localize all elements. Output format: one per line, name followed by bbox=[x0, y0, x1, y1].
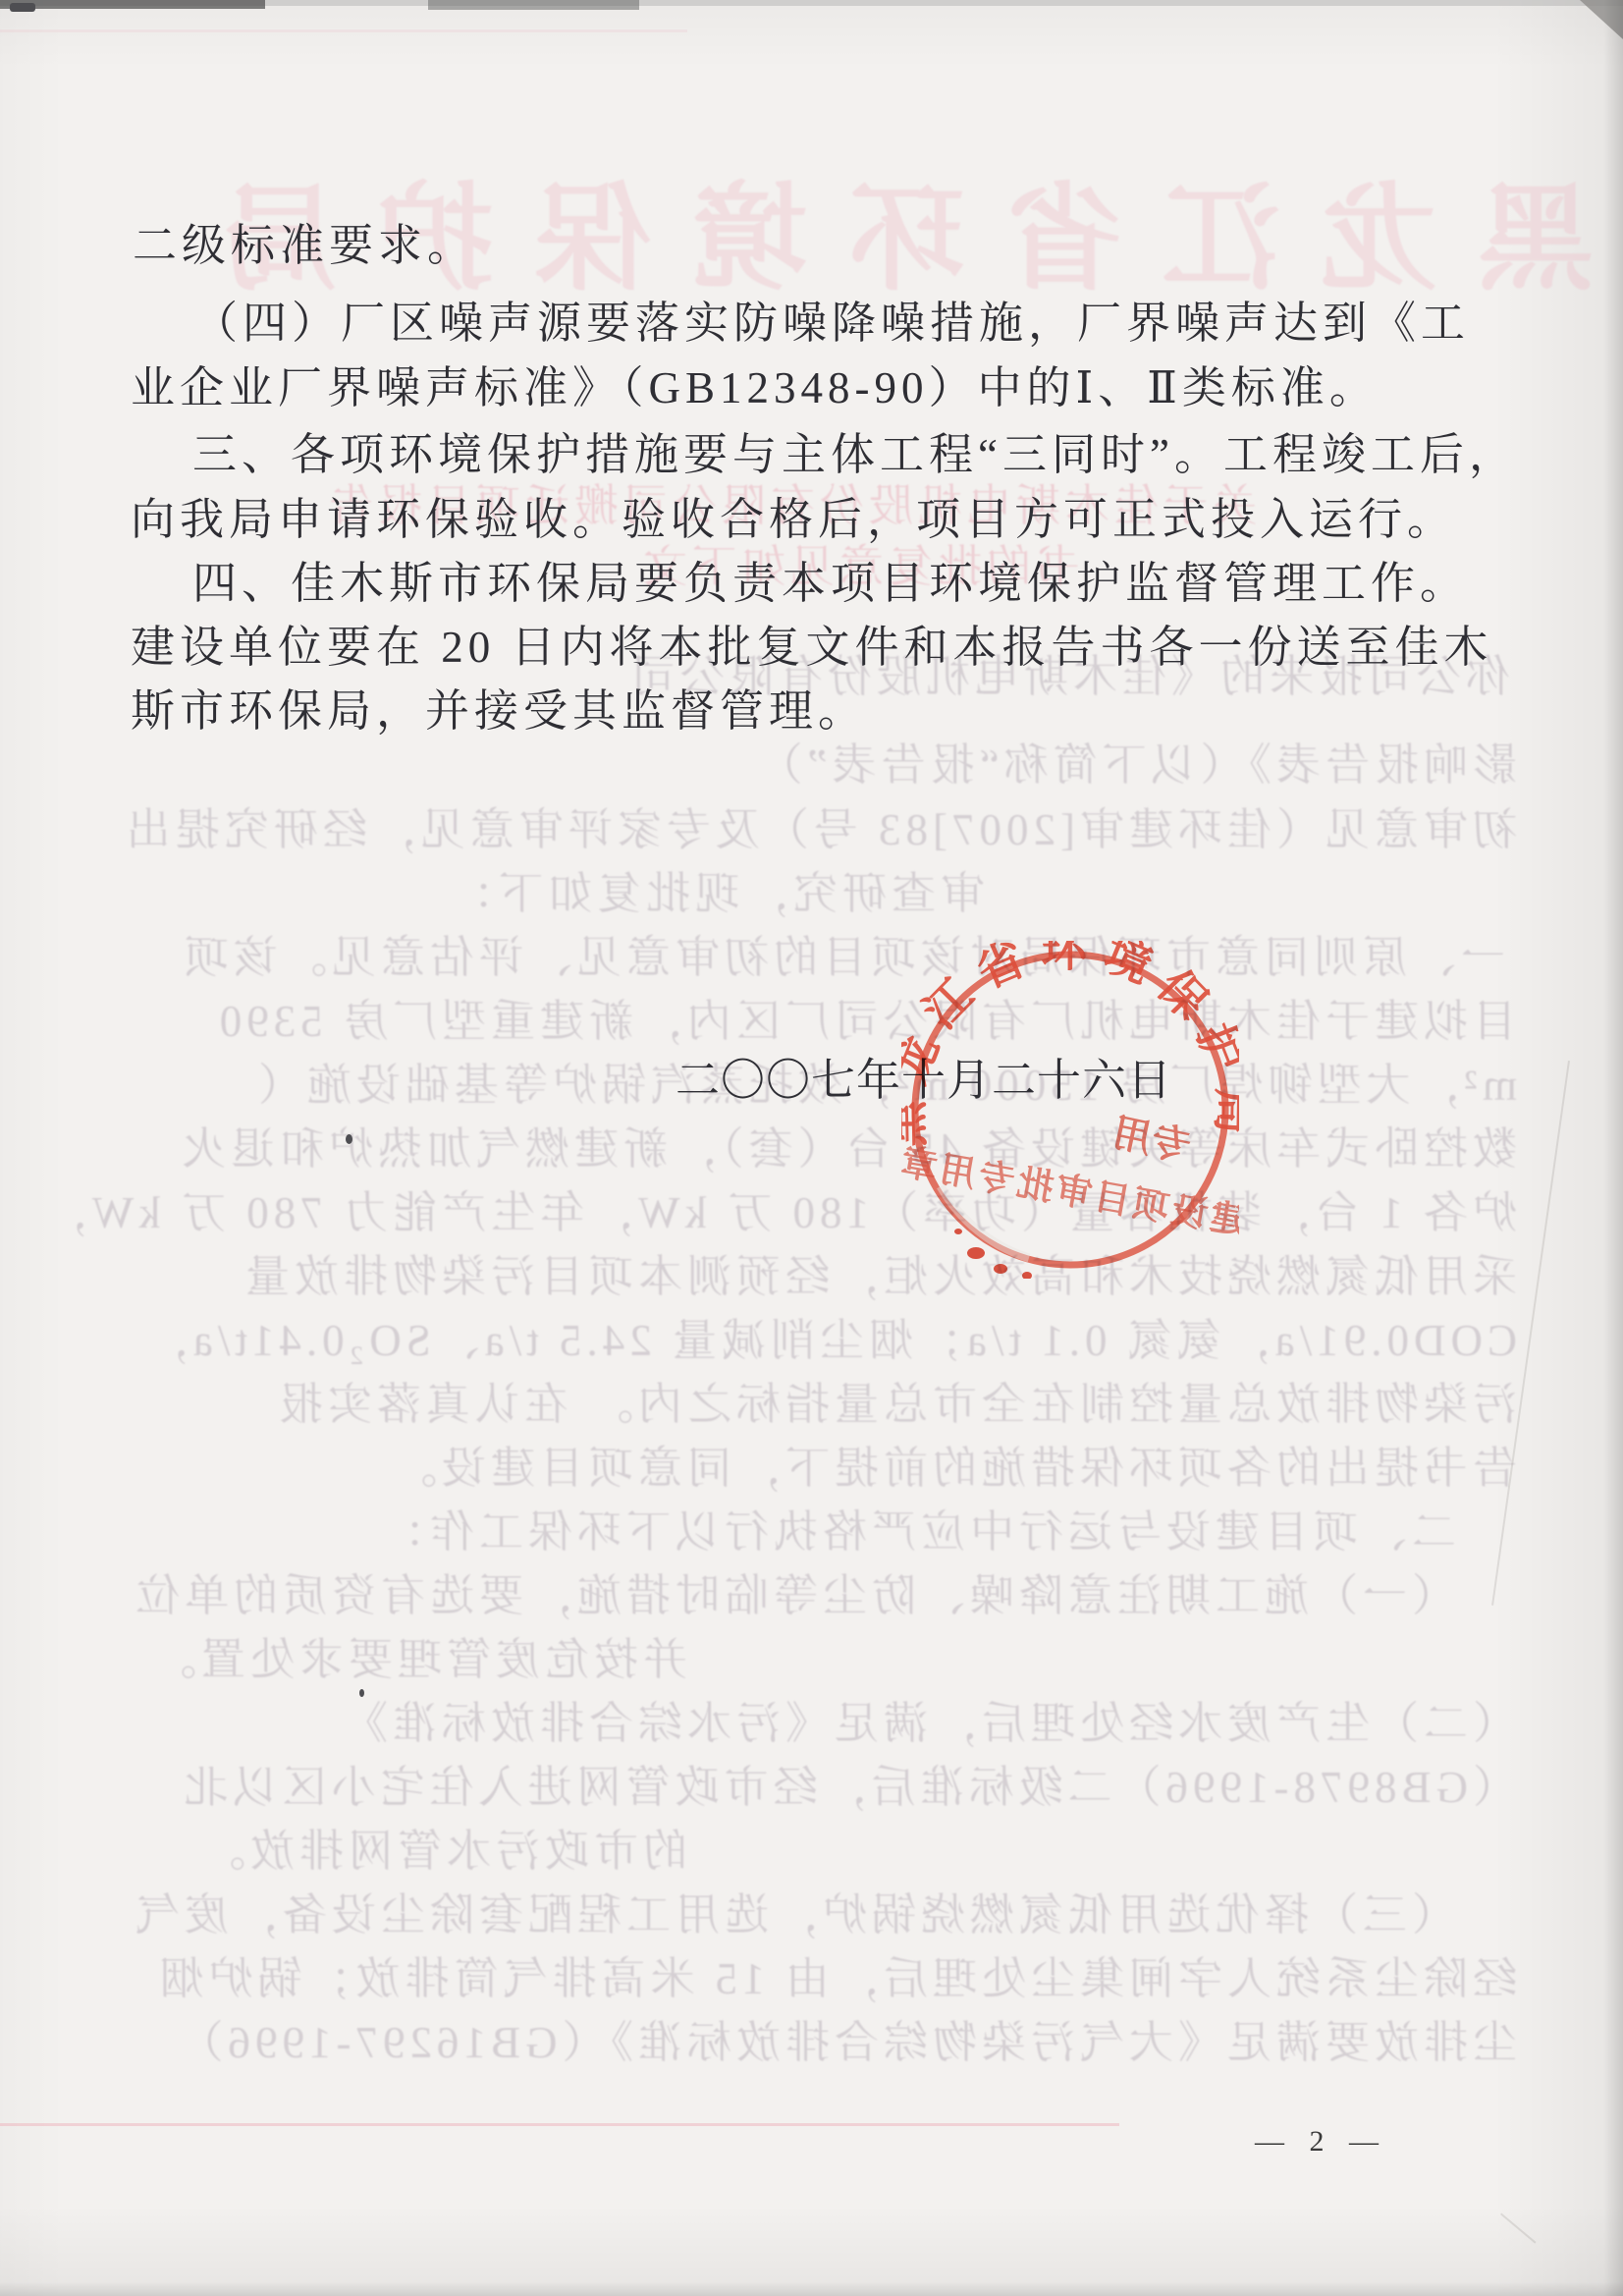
bleedthrough-text-line: 目拟建于佳木斯电机厂有限公司厂区内，新建重型厂房 5390 bbox=[215, 985, 1517, 1049]
ink-speck bbox=[359, 1689, 364, 1697]
bleedthrough-text-line: 的市政污水管网排放。 bbox=[196, 1815, 687, 1879]
bleedthrough-text-line: 炉各 1 台，装机容量（功率）180 万 kW，年生产能力 780 万 kW， bbox=[38, 1176, 1517, 1240]
bleedthrough-text-line: 经除尘系统人字闸集尘处理后，由 15 米高排气筒排放；锅炉烟 bbox=[154, 1942, 1517, 2006]
bleedthrough-text-line: 数控卧式车床等关键设备 45 台（套），新建燃气加热炉和退火 bbox=[177, 1113, 1517, 1176]
stamp-ink-blobs bbox=[954, 1229, 1032, 1279]
bleedthrough-text-line: 一、原则同意市环保局对该项目的初审意见、评估意见。该项 bbox=[180, 921, 1505, 985]
document-text-line: 向我局申请环保验收。验收合格后，项目方可正式投入运行。 bbox=[131, 483, 1456, 547]
page-number: — 2 — bbox=[1255, 2125, 1387, 2159]
bleedthrough-text-line: 审查研究，现批复如下： bbox=[445, 857, 985, 921]
right-edge-shadow bbox=[1603, 0, 1623, 2296]
ink-speck bbox=[346, 1134, 352, 1144]
bleedthrough-text-line: 并按危废管理要求处置。 bbox=[147, 1623, 687, 1687]
bleed-rule-top bbox=[0, 29, 687, 32]
bleedthrough-text-line: COD0.91/a，氨氮 0.1 t/a；烟尘削减量 24.5 t/a、SO₂0… bbox=[139, 1304, 1517, 1368]
ink-speck bbox=[10, 3, 35, 12]
document-text-line: 斯市环保局，并接受其监督管理。 bbox=[131, 675, 867, 738]
scan-edge-gray-strip bbox=[428, 0, 639, 10]
paper-crease bbox=[1491, 1061, 1570, 1606]
bleedthrough-text-line: （GB8978-1996）二级标准后，经市政管网进入住宅小区以北 bbox=[180, 1751, 1518, 1815]
document-text-line: 建设单位要在 20 日内将本批复文件和本报告书各一份送至佳木 bbox=[131, 611, 1493, 675]
scanned-document-page: 你公司报来的《佳木斯电机股份有限公司影响报告表》（以下简称“报告表”）初审意见（… bbox=[0, 0, 1623, 2296]
document-text-line: 三、各项环境保护措施要与主体工程“三同时”。工程竣工后， bbox=[192, 418, 1518, 482]
document-text-line: 四、佳木斯市环保局要负责本项目环境保护监督管理工作。 bbox=[192, 547, 1469, 611]
bleedthrough-text-line: （二）生产废水经处理后，满足《污水综合排放标准》 bbox=[339, 1687, 1517, 1751]
document-text-line: （四）厂区噪声源要落实防噪降噪措施，厂界噪声达到《工 bbox=[193, 287, 1470, 351]
bleedthrough-text-line: 初审意见（佳环建审[2007]83 号）及专家评审意见，经研究提出 bbox=[122, 793, 1517, 857]
official-red-stamp: 黑龙江省环境保护局 建设项目审批专用章 专用 bbox=[901, 941, 1239, 1279]
scan-edge-dark-strip bbox=[0, 0, 265, 9]
bleedthrough-text-line: 污染物排放总量控制在全市总量指标之内。 在认真落实报 bbox=[274, 1368, 1517, 1432]
bleedthrough-text-line: 影响报告表》（以下简称“报告表”） bbox=[754, 729, 1517, 793]
bleedthrough-text-line: （三）择优选用低氮燃烧锅炉，选用工程配套除尘设备，废气 bbox=[131, 1879, 1456, 1942]
bleedthrough-text-line: 二、项目建设与运行中应严格执行以下环保工作： bbox=[376, 1496, 1456, 1559]
bleedthrough-text-line: 尘排放要满足《大气污染物综合排放标准》（GB16297-1996） bbox=[175, 2006, 1518, 2070]
bleedthrough-text-line: 告书提出的各项环保措施的前提下，同意项目建设。 bbox=[388, 1432, 1517, 1496]
bottom-edge-shadow bbox=[0, 2282, 1623, 2296]
bleedthrough-text-line: 采用低氮燃烧技术和高效火炬，经预测本项目污染物排放量 bbox=[241, 1240, 1517, 1304]
document-date: 二〇〇七年十月二十六日 bbox=[676, 1044, 1172, 1108]
document-text-line: 业企业厂界噪声标准》（GB12348-90）中的Ⅰ、Ⅱ类标准。 bbox=[131, 352, 1379, 415]
document-text-line: 二级标准要求。 bbox=[133, 209, 476, 273]
paper-crease bbox=[1500, 2213, 1537, 2243]
stamp-inner-text: 建设项目审批专用章 bbox=[901, 1140, 1239, 1243]
bleed-rule-bottom bbox=[0, 2123, 1119, 2126]
stamp-inner-small-text: 专用 bbox=[1109, 1110, 1195, 1170]
bleedthrough-text-line: （一）施工期注意降噪、防尘等临时措施，要选有资质的单位 bbox=[131, 1559, 1456, 1623]
stamp-ring bbox=[915, 955, 1225, 1265]
